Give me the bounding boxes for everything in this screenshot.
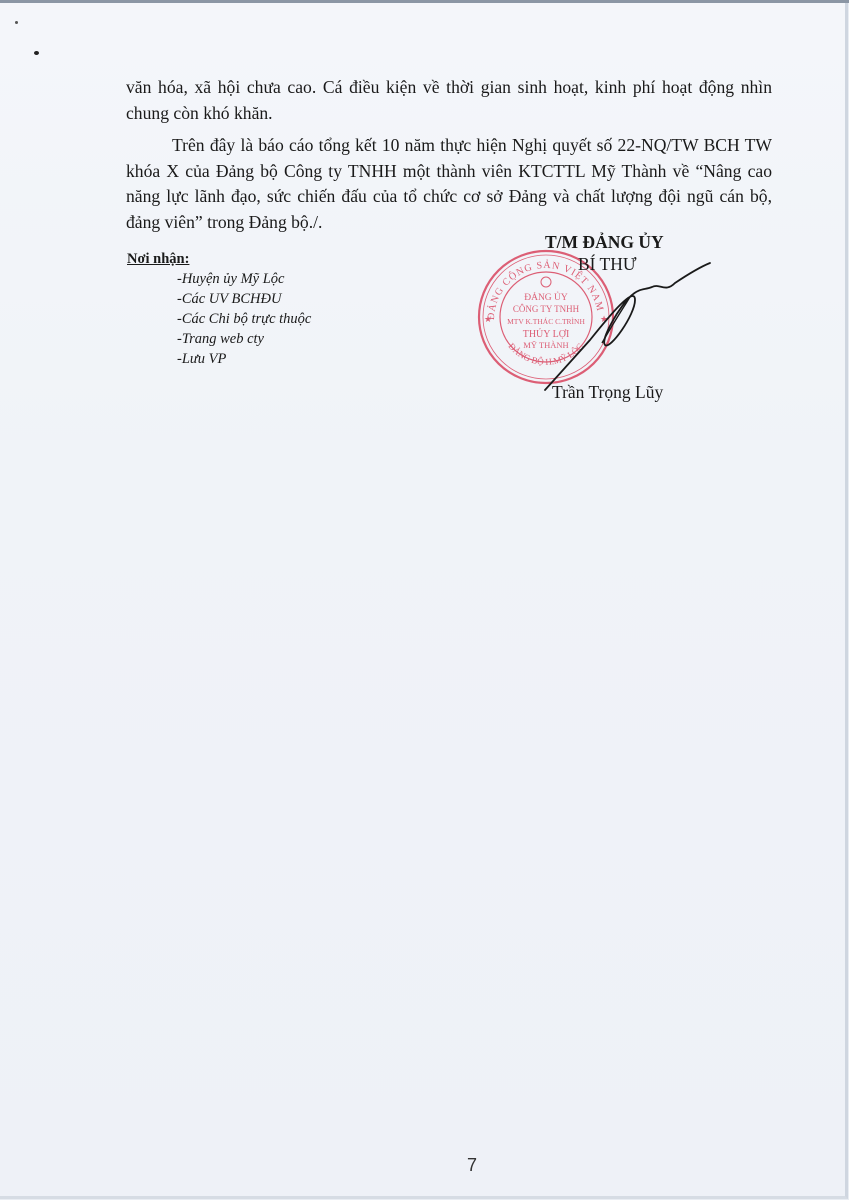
recipient-item: -Các Chi bộ trực thuộc [177,309,311,329]
scan-edge [0,0,849,3]
handwritten-signature-icon [540,255,715,395]
recipient-item: -Các UV BCHĐU [177,289,311,309]
scan-speck [15,21,18,24]
page-number: 7 [467,1155,477,1176]
scan-speck [34,51,39,55]
recipients-block: Nơi nhận: -Huyện ủy Mỹ Lộc -Các UV BCHĐU… [127,249,311,369]
svg-text:★: ★ [484,314,492,324]
recipient-item: -Trang web cty [177,329,311,349]
signer-organization: T/M ĐẢNG ỦY [545,232,664,253]
recipients-title: Nơi nhận: [127,249,311,269]
document-page: văn hóa, xã hội chưa cao. Cá điều kiện v… [0,0,848,1199]
recipients-list: -Huyện ủy Mỹ Lộc -Các UV BCHĐU -Các Chi … [127,269,311,369]
recipient-item: -Lưu VP [177,349,311,369]
body-paragraph-2: Trên đây là báo cáo tổng kết 10 năm thực… [126,133,772,235]
body-paragraph-1: văn hóa, xã hội chưa cao. Cá điều kiện v… [126,75,772,126]
recipient-item: -Huyện ủy Mỹ Lộc [177,269,311,289]
